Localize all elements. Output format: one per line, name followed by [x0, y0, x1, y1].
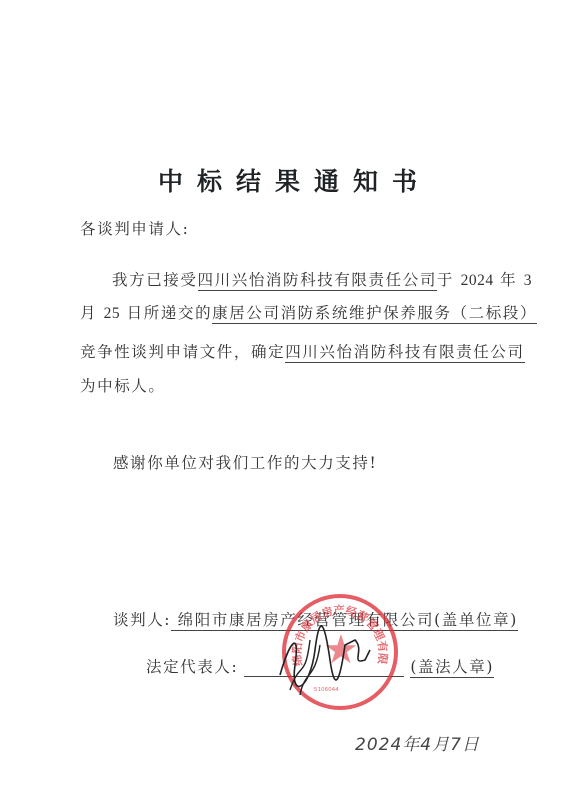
text: 月	[80, 304, 104, 322]
month: 3	[524, 272, 532, 289]
text: 日所递交的	[120, 304, 212, 322]
handwritten-signature-icon	[270, 620, 380, 700]
text: 我方已接受	[112, 271, 198, 289]
paragraph-line-3: 竞争性谈判申请文件，确定四川兴怡消防科技有限责任公司	[80, 340, 525, 362]
project-name: 康居公司消防系统维护保养服务（二标段）	[212, 304, 537, 324]
day: 25	[104, 305, 121, 322]
document-title: 中标结果通知书	[0, 162, 575, 198]
paragraph-line-1: 我方已接受四川兴怡消防科技有限责任公司于 2024 年 3	[112, 268, 532, 290]
text: 于	[437, 271, 461, 289]
winner-company-repeat: 四川兴怡消防科技有限责任公司	[285, 343, 524, 363]
text: 年	[494, 271, 524, 289]
year: 2024	[461, 272, 494, 289]
thanks-text: 感谢你单位对我们工作的大力支持!	[113, 451, 377, 473]
paragraph-line-4: 为中标人。	[80, 374, 166, 396]
winner-company: 四川兴怡消防科技有限责任公司	[198, 271, 437, 291]
negotiator-label: 谈判人:	[113, 611, 171, 629]
text: 竞争性谈判申请文件，确定	[80, 343, 285, 361]
salutation: 各谈判申请人:	[80, 217, 189, 239]
handwritten-date: 2024年4月7日	[355, 730, 480, 755]
legal-rep-note: (盖法人章)	[410, 658, 494, 678]
legal-rep-label: 法定代表人:	[146, 658, 238, 676]
paragraph-line-2: 月 25 日所递交的康居公司消防系统维护保养服务（二标段）	[80, 301, 537, 323]
